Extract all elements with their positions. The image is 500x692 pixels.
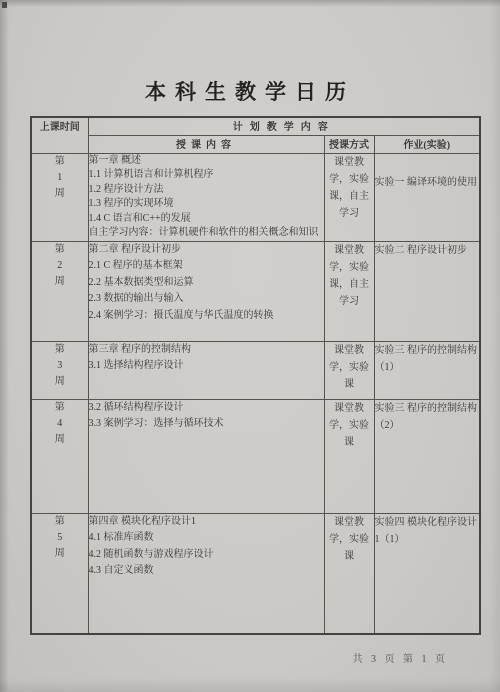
table-row-week-1: 第1周 第一章 概述1.1 计算机语言和计算机程序1.2 程序设计方法1.3 程… (31, 153, 480, 241)
week-label: 第3周 (31, 341, 88, 399)
teaching-content-cell: 第四章 模块化程序设计14.1 标准库函数4.2 随机函数与游戏程序设计4.3 … (88, 513, 324, 634)
homework-cell: 实验二 程序设计初步 (374, 241, 480, 341)
page-number-footer: 共 3 页 第 1 页 (353, 650, 449, 665)
header-class-time: 上课时间 (31, 117, 88, 153)
homework-cell: 实验三 程序的控制结构（1） (374, 341, 480, 399)
week-label: 第2周 (31, 241, 88, 341)
week-label: 第4周 (31, 399, 88, 513)
header-teaching-content: 授课内容 (88, 135, 324, 153)
homework-cell: 实验三 程序的控制结构（2） (374, 399, 480, 513)
header-row-plan: 上课时间 计划教学内容 (31, 117, 480, 135)
homework-cell: 实验一 编译环境的使用 (374, 153, 480, 241)
teaching-method-cell: 课堂教学，实验课 (324, 341, 374, 399)
scan-artifact (2, 2, 7, 8)
table-row-week-4: 第4周 3.2 循环结构程序设计3.3 案例学习：选择与循环技术 课堂教学，实验… (31, 399, 480, 513)
teaching-content-cell: 第二章 程序设计初步2.1 C 程序的基本框架2.2 基本数据类型和运算2.3 … (88, 241, 324, 341)
table-row-week-2: 第2周 第二章 程序设计初步2.1 C 程序的基本框架2.2 基本数据类型和运算… (31, 241, 480, 341)
teaching-method-cell: 课堂教学，实验课，自主学习 (324, 153, 374, 241)
header-homework-experiment: 作业(实验) (374, 135, 480, 153)
header-teaching-method: 授课方式 (324, 135, 374, 153)
header-planned-teaching-content: 计划教学内容 (88, 117, 480, 135)
homework-cell: 实验四 模块化程序设计1（1） (374, 513, 480, 634)
week-label: 第5周 (31, 513, 88, 634)
teaching-content-cell: 3.2 循环结构程序设计3.3 案例学习：选择与循环技术 (88, 399, 324, 513)
teaching-method-cell: 课堂教学，实验课 (324, 399, 374, 513)
table-row-week-5: 第5周 第四章 模块化程序设计14.1 标准库函数4.2 随机函数与游戏程序设计… (31, 513, 480, 634)
table-row-week-3: 第3周 第三章 程序的控制结构3.1 选择结构程序设计 课堂教学，实验课 实验三… (31, 341, 480, 399)
teaching-calendar-table: 上课时间 计划教学内容 授课内容 授课方式 作业(实验) 第1周 第一章 概述1… (30, 116, 479, 635)
header-row-columns: 授课内容 授课方式 作业(实验) (31, 135, 480, 153)
scanned-document-page: 本科生教学日历 上课时间 计划教学内容 授课内容 授课方式 作业(实验) 第1周 (0, 0, 500, 692)
teaching-method-cell: 课堂教学，实验课 (324, 513, 374, 634)
teaching-content-cell: 第三章 程序的控制结构3.1 选择结构程序设计 (88, 341, 324, 399)
week-label: 第1周 (31, 153, 88, 241)
teaching-content-cell: 第一章 概述1.1 计算机语言和计算机程序1.2 程序设计方法1.3 程序的实现… (88, 153, 324, 241)
teaching-method-cell: 课堂教学，实验课，自主学习 (324, 241, 374, 341)
page-title: 本科生教学日历 (0, 76, 500, 106)
